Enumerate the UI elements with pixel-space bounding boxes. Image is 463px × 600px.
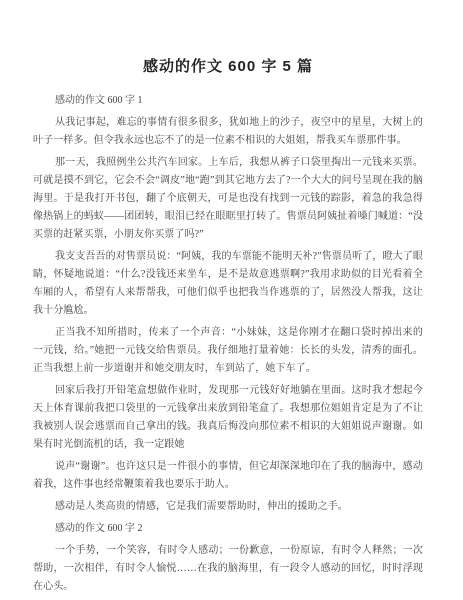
essay-paragraph: 回家后我打开铅笔盒想做作业时，发现那一元钱好好地躺在里面。这时我才想起今天上体育… [33, 382, 423, 454]
document-title: 感动的作文 600 字 5 篇 [33, 56, 423, 78]
essay-paragraph: 我支支吾吾的对售票员说：“阿姨，我的车票能不能明天补?”售票员听了，瞪大了眼睛，… [33, 248, 423, 320]
essay-section-1: 感动的作文 600 字 1 从我记事起，难忘的事情有很多很多，犹如地上的沙子，夜… [33, 92, 423, 516]
essay-paragraph: 感动是人类高贵的情感，它是我们需要帮助时，伸出的援助之手。 [33, 498, 423, 516]
essay-paragraph: 那一天，我照例坐公共汽车回家。上车后，我想从裤子口袋里掏出一元钱来买票。可就是摸… [33, 154, 423, 244]
essay-paragraph: 一个手势，一个笑容，有时令人感动；一份歉意，一份原谅，有时令人释然；一次帮助，一… [33, 542, 423, 596]
essay-section-2: 感动的作文 600 字 2 一个手势，一个笑容，有时令人感动；一份歉意，一份原谅… [33, 520, 423, 596]
essay-paragraph: 正当我不知所措时，传来了一个声音：“小妹妹，这是你刚才在翻口袋时掉出来的一元钱，… [33, 324, 423, 378]
essay-section-2-label: 感动的作文 600 字 2 [33, 520, 423, 538]
essay-section-1-label: 感动的作文 600 字 1 [33, 92, 423, 110]
document-page: 感动的作文 600 字 5 篇 感动的作文 600 字 1 从我记事起，难忘的事… [0, 0, 463, 600]
essay-paragraph: 说声“谢谢”。也许这只是一件很小的事情，但它却深深地印在了我的脑海中，感动着我，… [33, 458, 423, 494]
essay-paragraph: 从我记事起，难忘的事情有很多很多，犹如地上的沙子，夜空中的星星，大树上的叶子一样… [33, 114, 423, 150]
